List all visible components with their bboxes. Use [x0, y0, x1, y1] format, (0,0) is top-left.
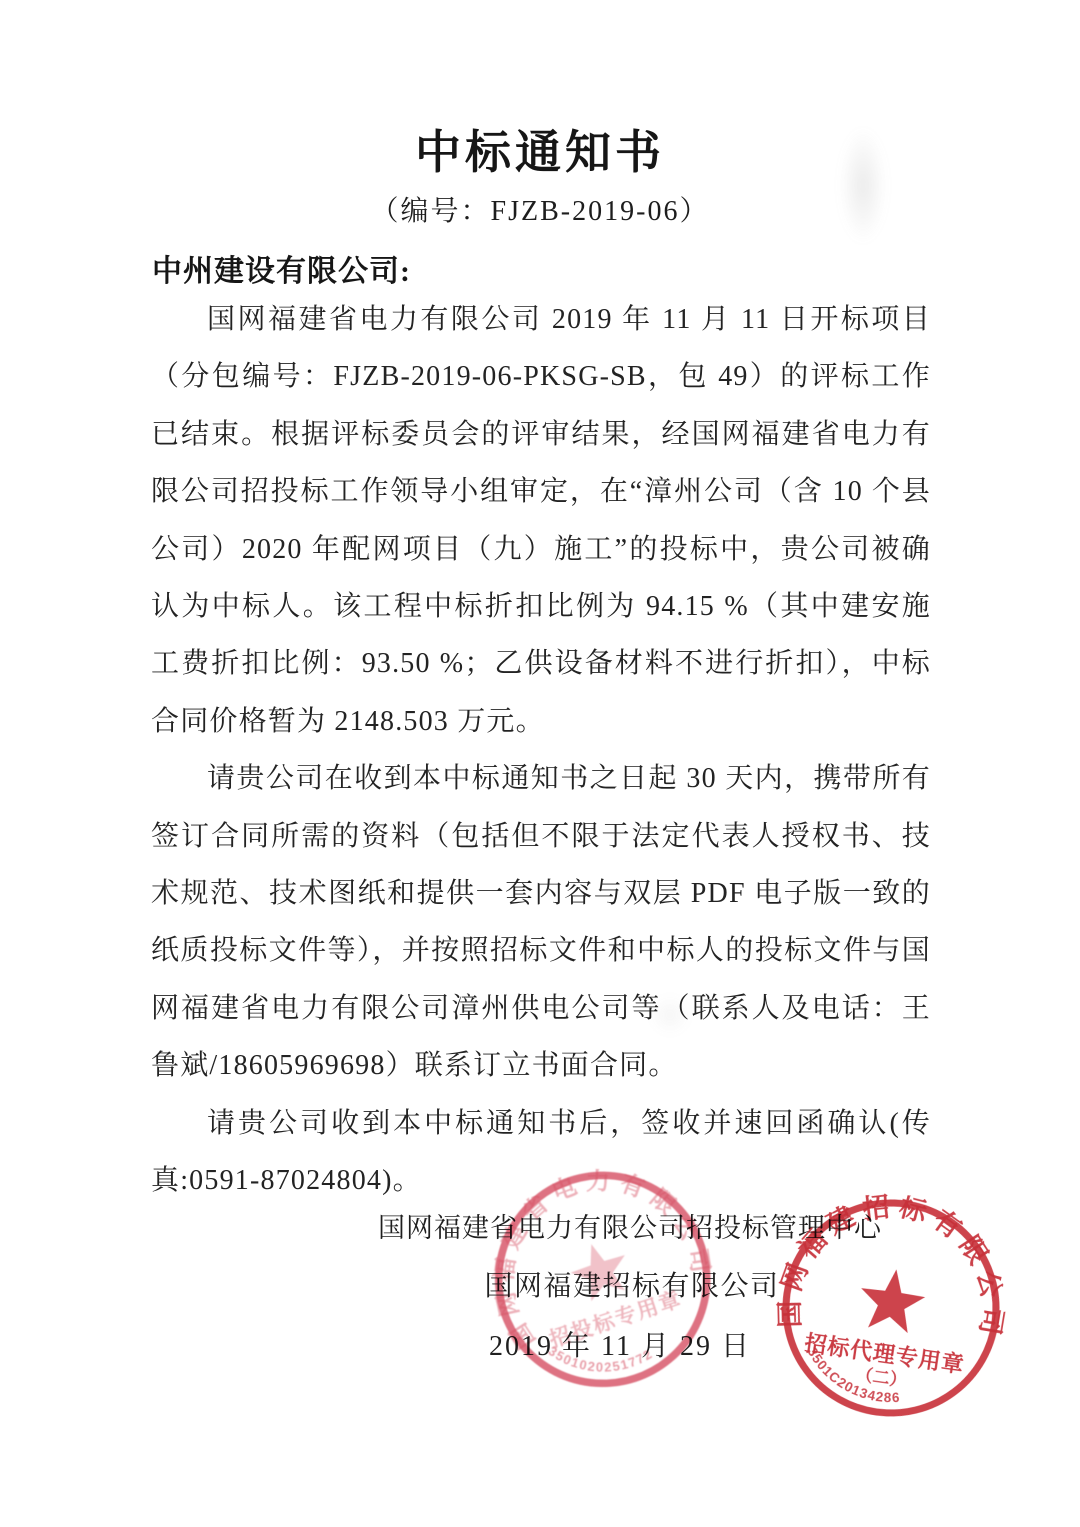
page-title: 中标通知书	[0, 116, 1080, 182]
star-icon	[856, 1265, 929, 1335]
body-paragraph: 国网福建省电力有限公司 2019 年 11 月 11 日开标项目（分包编号：FJ…	[151, 291, 931, 750]
seal-sub-label: （二）	[855, 1364, 908, 1391]
seal-center-label: 招标代理专用章	[803, 1330, 966, 1377]
svg-text:3501C20134286: 3501C20134286	[799, 1343, 908, 1407]
document-body: 国网福建省电力有限公司 2019 年 11 月 11 日开标项目（分包编号：FJ…	[151, 291, 931, 1210]
document-number: （编号：FJZB-2019-06）	[0, 189, 1080, 229]
addressee-company: 中州建设有限公司:	[152, 246, 411, 290]
signature-org-line1: 国网福建省电力有限公司招投标管理中心	[378, 1206, 882, 1245]
scanned-document-page: 中标通知书 （编号：FJZB-2019-06） 中州建设有限公司: 国网福建省电…	[0, 0, 1080, 1527]
signature-date: 2019 年 11 月 29 日	[489, 1324, 751, 1364]
body-paragraph: 请贵公司在收到本中标通知书之日起 30 天内，携带所有签订合同所需的资料（包括但…	[151, 750, 931, 1094]
seal-serial-number: 3501C20134286	[799, 1343, 908, 1407]
signature-org-line2: 国网福建招标有限公司	[484, 1264, 779, 1304]
body-paragraph: 请贵公司收到本中标通知书后，签收并速回函确认(传真:0591-87024804)…	[151, 1095, 931, 1210]
